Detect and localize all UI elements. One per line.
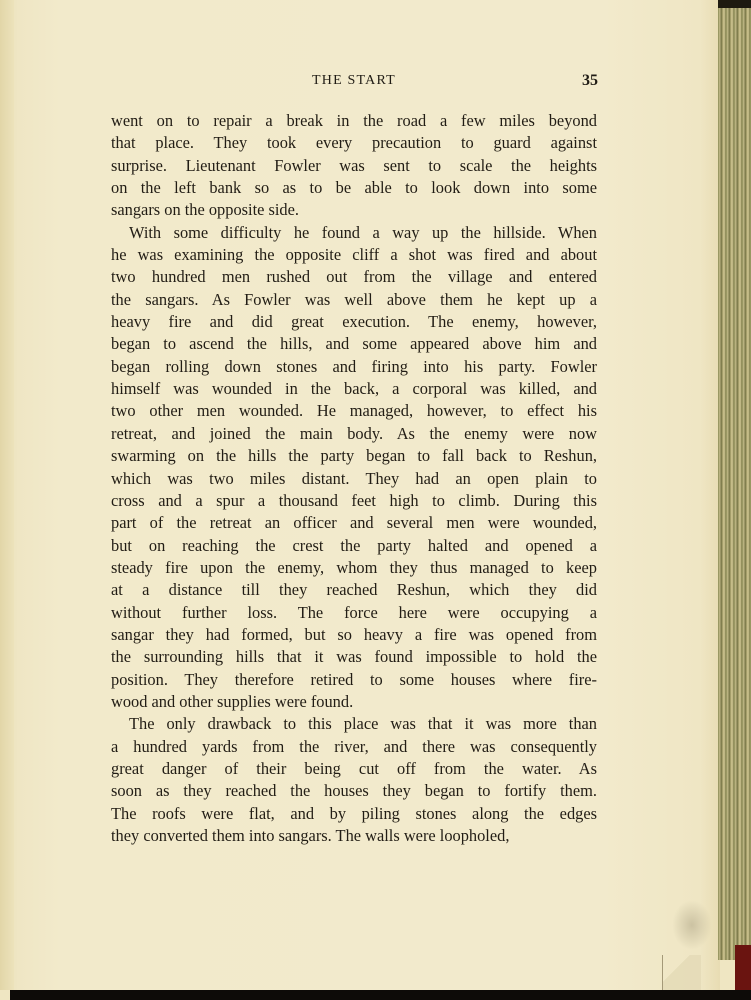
text-line: soon as they reached the houses they beg… xyxy=(111,780,597,802)
text-line: the sangars. As Fowler was well above th… xyxy=(111,289,597,311)
text-line: great danger of their being cut off from… xyxy=(111,758,597,780)
text-line: heavy fire and did great execution. The … xyxy=(111,311,597,333)
text-line: he was examining the opposite cliff a sh… xyxy=(111,244,597,266)
text-line: began rolling down stones and firing int… xyxy=(111,356,597,378)
page-header: THE START 35 xyxy=(110,73,598,95)
text-line: two hundred men rushed out from the vill… xyxy=(111,266,597,288)
text-line: on the left bank so as to be able to loo… xyxy=(111,177,597,199)
text-line: surprise. Lieutenant Fowler was sent to … xyxy=(111,155,597,177)
text-line: went on to repair a break in the road a … xyxy=(111,110,597,132)
page-stain xyxy=(672,900,712,950)
text-line: With some difficulty he found a way up t… xyxy=(111,222,597,244)
page-edges-top-shadow xyxy=(718,0,751,8)
paragraph: The only drawback to this place was that… xyxy=(111,713,597,847)
running-head: THE START xyxy=(110,73,598,89)
text-line: but on reaching the crest the party halt… xyxy=(111,535,597,557)
text-line: without further loss. The force here wer… xyxy=(111,602,597,624)
bottom-shadow xyxy=(10,990,751,1000)
text-line: swarming on the hills the party began to… xyxy=(111,445,597,467)
page-number: 35 xyxy=(582,72,598,90)
text-line: steady fire upon the enemy, whom they th… xyxy=(111,557,597,579)
text-line: began to ascend the hills, and some appe… xyxy=(111,333,597,355)
text-line: sangars on the opposite side. xyxy=(111,199,597,221)
text-line: sangar they had formed, but so heavy a f… xyxy=(111,624,597,646)
text-line: himself was wounded in the back, a corpo… xyxy=(111,378,597,400)
page-gutter-shadow xyxy=(0,0,14,990)
text-line: a hundred yards from the river, and ther… xyxy=(111,736,597,758)
paragraph: went on to repair a break in the road a … xyxy=(111,110,597,222)
text-line: wood and other supplies were found. xyxy=(111,691,597,713)
text-line: The only drawback to this place was that… xyxy=(111,713,597,735)
text-line: two other men wounded. He managed, howev… xyxy=(111,400,597,422)
text-line: that place. They took every precaution t… xyxy=(111,132,597,154)
text-line: the surrounding hills that it was found … xyxy=(111,646,597,668)
folded-corner xyxy=(662,955,701,993)
page-edges-stack xyxy=(718,0,751,960)
body-text: went on to repair a break in the road a … xyxy=(111,110,597,847)
text-line: they converted them into sangars. The wa… xyxy=(111,825,597,847)
text-line: at a distance till they reached Reshun, … xyxy=(111,579,597,601)
text-line: part of the retreat an officer and sever… xyxy=(111,512,597,534)
text-line: The roofs were flat, and by piling stone… xyxy=(111,803,597,825)
paragraph: With some difficulty he found a way up t… xyxy=(111,222,597,714)
text-line: position. They therefore retired to some… xyxy=(111,669,597,691)
text-line: cross and a spur a thousand feet high to… xyxy=(111,490,597,512)
text-line: which was two miles distant. They had an… xyxy=(111,468,597,490)
book-cover-edge xyxy=(735,945,751,995)
text-line: retreat, and joined the main body. As th… xyxy=(111,423,597,445)
